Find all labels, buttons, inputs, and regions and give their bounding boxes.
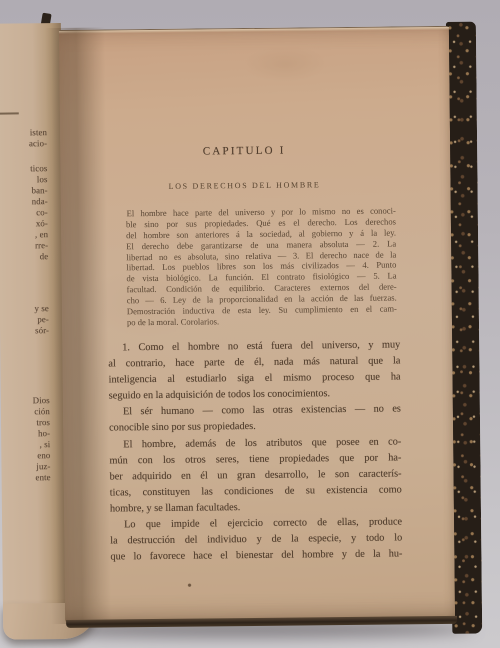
- left-page-edge: istenacio- ticoslosban-nda-co-xó-, enrre…: [0, 23, 67, 636]
- chapter-summary: 1. El hombre hace parte del universo y p…: [112, 205, 397, 328]
- text-line-fragment: co-: [0, 207, 48, 219]
- text-line-fragment: pe-: [0, 314, 49, 326]
- left-page-section-rule: [0, 112, 19, 114]
- photo-background: istenacio- ticoslosban-nda-co-xó-, enrre…: [0, 0, 500, 648]
- text-line: ticas, constituyen las condiciones de su…: [110, 482, 402, 501]
- text-line-fragment: tros: [1, 417, 50, 429]
- body-paragraph: 1. Como el hombre no está fuera del univ…: [108, 337, 401, 404]
- text-line-fragment: isten: [0, 127, 47, 139]
- text-line-fragment: Dios: [1, 395, 50, 407]
- text-line-fragment: , en: [0, 229, 48, 241]
- text-line-fragment: ticos: [0, 163, 47, 175]
- text-line-fragment: xó-: [0, 218, 48, 230]
- text-line-fragment: , si: [1, 439, 50, 451]
- left-page-text-fragments: istenacio-: [0, 127, 47, 150]
- text-line-fragment: sór-: [0, 325, 49, 337]
- left-page-text-fragments: ticoslosban-nda-co-xó-, enrre-de: [0, 163, 48, 263]
- text-line-fragment: ban-: [0, 185, 48, 197]
- open-book: istenacio- ticoslosban-nda-co-xó-, enrre…: [0, 0, 500, 648]
- text-line-fragment: los: [0, 174, 48, 186]
- text-line-fragment: de: [0, 251, 48, 263]
- body-text: 1. Como el hombre no está fuera del univ…: [108, 337, 402, 565]
- text-line-fragment: juz-: [1, 461, 50, 473]
- book-page: CAPITULO I LOS DERECHOS DEL HOMBRE 1. El…: [59, 26, 455, 622]
- chapter-heading: CAPITULO I: [96, 144, 392, 159]
- text-line-fragment: ción: [1, 406, 50, 418]
- text-line: inteligencia al estudiarlo siga el mismo…: [109, 370, 401, 389]
- section-title: LOS DERECHOS DEL HOMBRE: [97, 179, 393, 191]
- body-paragraph: El sér humano — como las otras existenci…: [109, 402, 401, 437]
- text-line-fragment: acio-: [0, 138, 47, 150]
- summary-line: po de la moral. Corolarios.: [127, 314, 397, 328]
- text-line-fragment: nda-: [0, 196, 48, 208]
- body-paragraph: Lo que impide el ejercicio correcto de e…: [110, 514, 402, 565]
- text-line-fragment: y se: [0, 303, 49, 315]
- body-paragraph: El hombre, además de los atributos que p…: [109, 434, 402, 518]
- text-line: que lo favorece hace el bienestar del ho…: [110, 547, 402, 566]
- text-line-fragment: eno: [1, 450, 50, 462]
- left-page-text-fragments: y sepe-sór-: [0, 303, 49, 337]
- text-line-fragment: ho-: [1, 428, 50, 440]
- text-line-fragment: rre-: [0, 240, 48, 252]
- text-line-fragment: ente: [2, 472, 51, 484]
- left-page-text-fragments: Dioscióntrosho-, sienojuz-ente: [1, 395, 51, 484]
